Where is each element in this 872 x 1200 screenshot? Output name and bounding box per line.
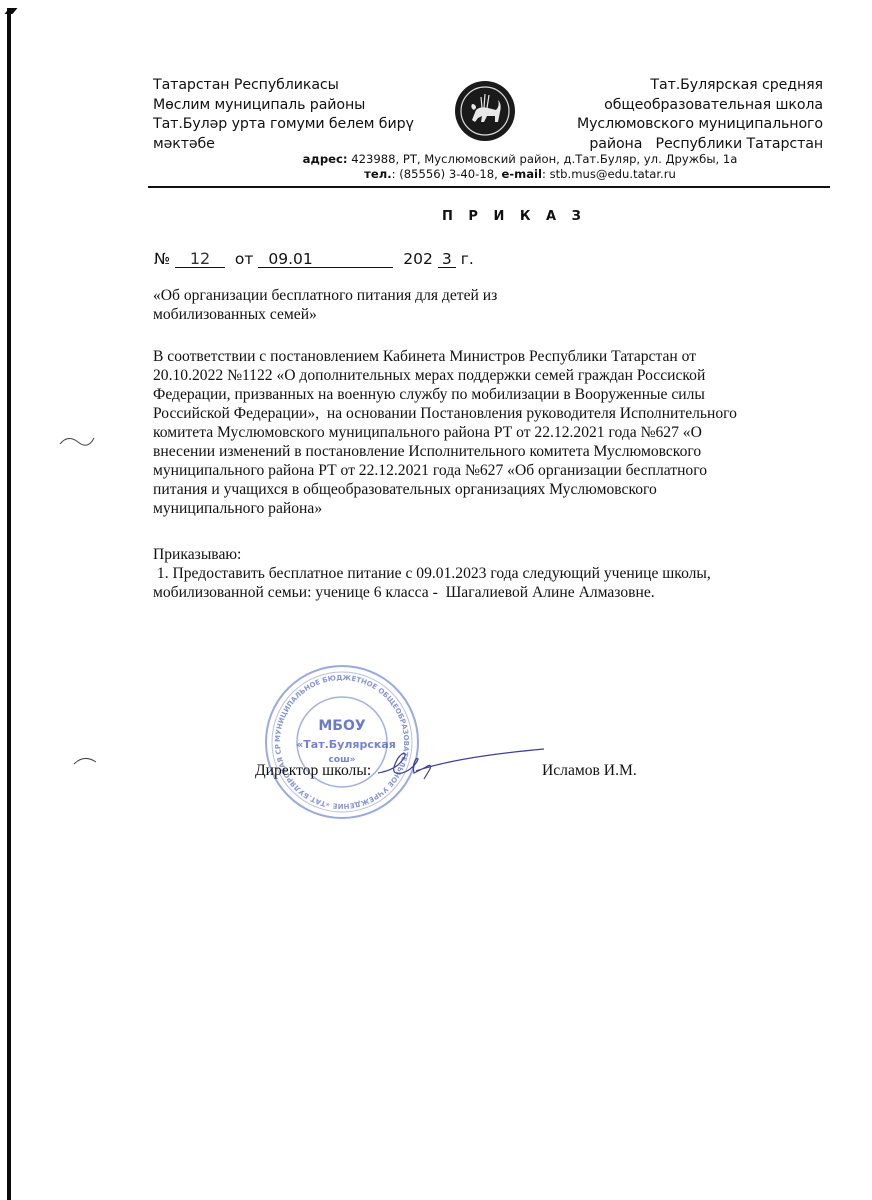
- preamble-line: внесении изменений в постановление Испол…: [153, 442, 823, 461]
- phone-label: тел.: [364, 167, 391, 181]
- number-prefix: №: [154, 250, 170, 268]
- order-date: 09.01: [258, 251, 393, 268]
- signatory-name: Исламов И.М.: [542, 762, 637, 780]
- preamble-paragraph: В соответствии с постановлением Кабинета…: [153, 347, 823, 518]
- header-left-line: Тат.Буләр урта гомуми белем бирү: [153, 115, 414, 135]
- contact-block: адрес: 423988, РТ, Муслюмовский район, д…: [148, 152, 828, 182]
- subject-line: «Об организации бесплатного питания для …: [153, 286, 573, 305]
- preamble-line: комитета Муслюмовского муниципального ра…: [153, 423, 823, 442]
- preamble-line: муниципального района»: [153, 499, 823, 518]
- order-subject: «Об организации бесплатного питания для …: [153, 286, 573, 324]
- header-divider: [148, 186, 830, 188]
- preamble-line: Федерации, призванных на военную службу …: [153, 385, 823, 404]
- order-item-line: 1. Предоставить бесплатное питание с 09.…: [153, 564, 833, 583]
- official-stamp: МУНИЦИПАЛЬНОЕ БЮДЖЕТНОЕ ОБЩЕОБРАЗОВАТЕЛЬ…: [262, 662, 422, 822]
- scan-binder-edge: [7, 8, 11, 1200]
- order-number: 12: [175, 251, 225, 268]
- preamble-line: питания и учащихся в общеобразовательных…: [153, 480, 823, 499]
- address-value: 423988, РТ, Муслюмовский район, д.Тат.Бу…: [348, 152, 738, 166]
- year-prefix: 202: [403, 250, 433, 268]
- preamble-line: Российской Федерации», на основании Пост…: [153, 404, 823, 423]
- stamp-center-line: МБОУ: [318, 718, 366, 734]
- email-value: : stb.mus@edu.tatar.ru: [542, 167, 676, 181]
- email-label: e-mail: [501, 167, 542, 181]
- address-line: адрес: 423988, РТ, Муслюмовский район, д…: [212, 152, 828, 167]
- phone-email-line: тел.: (85556) 3-40-18, e-mail: stb.mus@e…: [212, 167, 828, 182]
- preamble-line: В соответствии с постановлением Кабинета…: [153, 347, 823, 366]
- header-left-tatar: Татарстан Республикасы Мөслим муниципаль…: [153, 76, 414, 154]
- order-heading: Приказываю:: [153, 545, 241, 564]
- date-prefix: от: [235, 250, 254, 268]
- header-right-line: Тат.Булярская средняя: [577, 76, 823, 96]
- header-left-line: Татарстан Республикасы: [153, 76, 414, 96]
- header-right-russian: Тат.Булярская средняя общеобразовательна…: [577, 76, 823, 154]
- order-item-line: мобилизованной семьи: ученице 6 класса -…: [153, 583, 833, 602]
- header-left-line: Мөслим муниципаль районы: [153, 96, 414, 116]
- phone-value: : (85556) 3-40-18,: [392, 167, 502, 181]
- header-right-line: Муслюмовского муниципального: [577, 115, 823, 135]
- tatarstan-coat-of-arms-icon: [454, 80, 516, 142]
- punch-hole-mark: [70, 750, 110, 770]
- document-title: П Р И К А З: [442, 209, 586, 224]
- subject-line: мобилизованных семей»: [153, 305, 573, 324]
- punch-hole-mark: [58, 432, 98, 452]
- preamble-line: муниципального района РТ от 22.12.2021 г…: [153, 461, 823, 480]
- year-digit: 3: [438, 251, 456, 268]
- order-number-line: № 12 от 09.01 202 3 г.: [154, 250, 474, 268]
- order-item-1: 1. Предоставить бесплатное питание с 09.…: [153, 564, 833, 602]
- header-right-line: общеобразовательная школа: [577, 96, 823, 116]
- address-label: адрес:: [303, 152, 348, 166]
- handwritten-signature: [376, 745, 546, 795]
- preamble-line: 20.10.2022 №1122 «О дополнительных мерах…: [153, 366, 823, 385]
- signatory-role: Директор школы:: [255, 762, 371, 780]
- year-unit: г.: [461, 250, 474, 268]
